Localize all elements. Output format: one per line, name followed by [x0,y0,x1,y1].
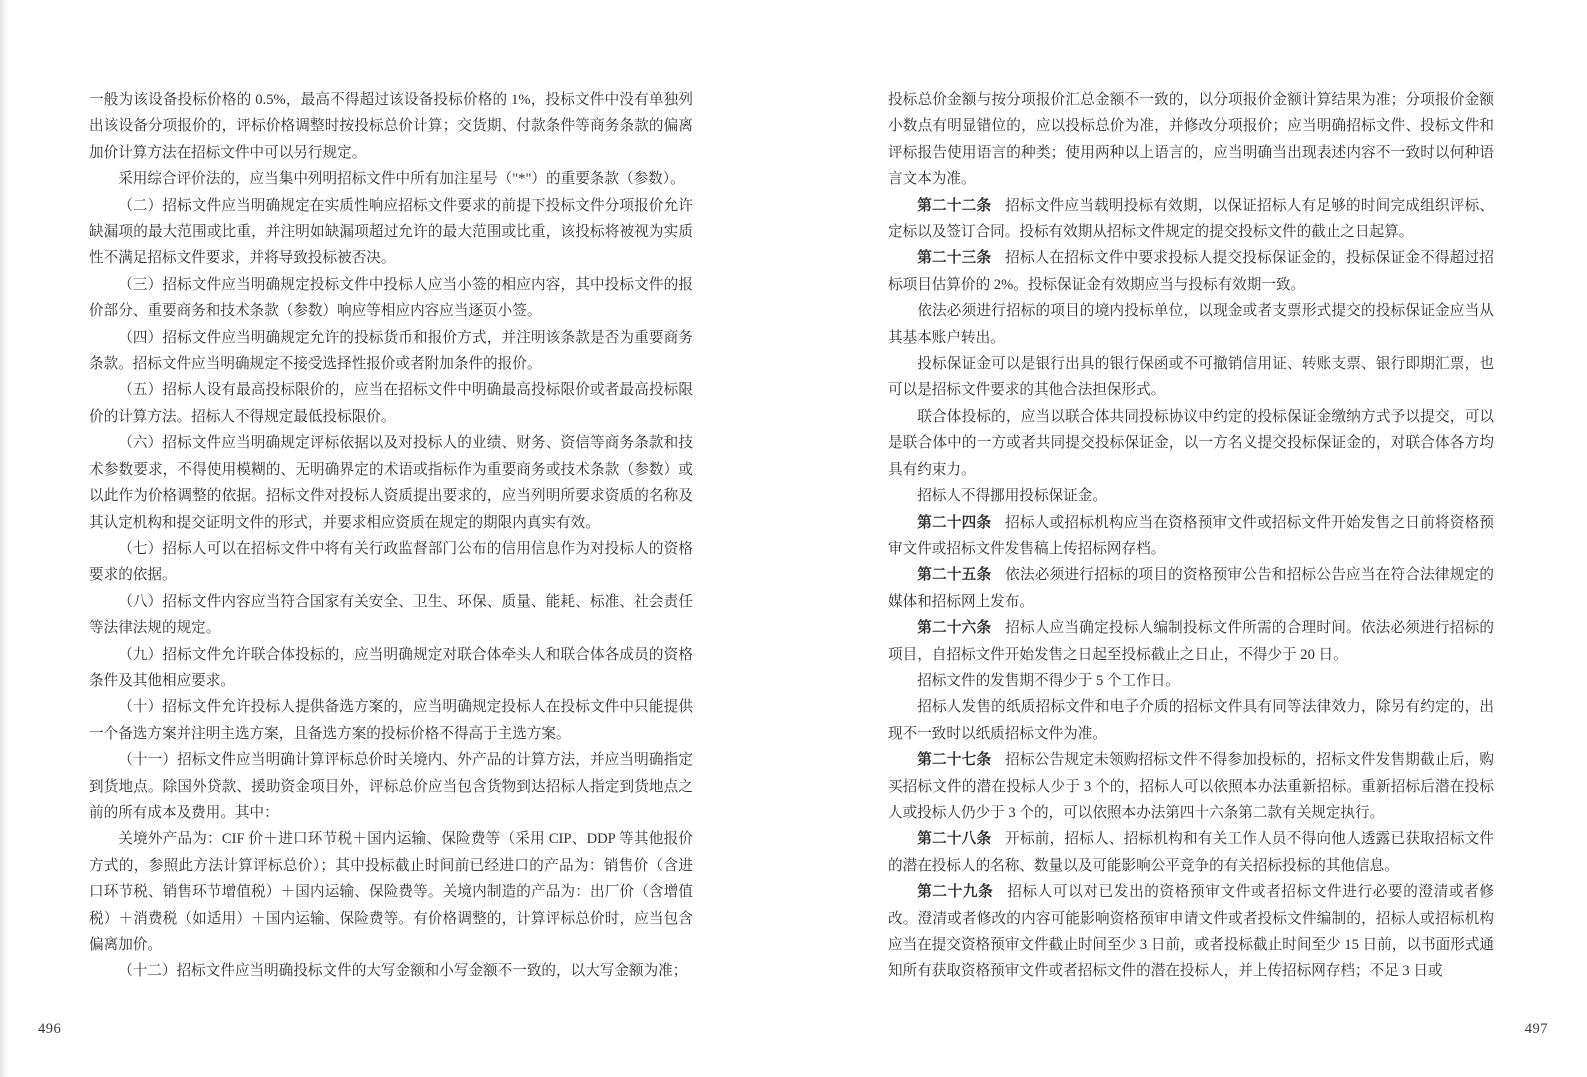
article-number: 第二十八条 [917,831,991,847]
page-right-text: 投标总价金额与按分项报价汇总金额不一致的，以分项报价金额计算结果为准；分项报价金… [888,87,1494,985]
paragraph: 第二十三条招标人在招标文件中要求投标人提交投标保证金的，投标保证金不得超过招标项… [888,245,1494,298]
paragraph: （七）招标人可以在招标文件中将有关行政监督部门公布的信用信息作为对投标人的资格要… [89,536,693,589]
paragraph: （九）招标文件允许联合体投标的，应当明确规定对联合体牵头人和联合体各成员的资格条… [89,642,693,695]
paragraph: 招标人发售的纸质招标文件和电子介质的招标文件具有同等法律效力，除另有约定的，出现… [888,694,1494,747]
article-number: 第二十三条 [917,250,991,266]
paragraph: （五）招标人设有最高投标限价的，应当在招标文件中明确最高投标限价或者最高投标限价… [89,377,693,430]
paragraph: 第二十四条招标人或招标机构应当在资格预审文件或招标文件开始发售之日前将资格预审文… [888,510,1494,563]
book-spread: 一般为该设备投标价格的 0.5%，最高不得超过该设备投标价格的 1%，投标文件中… [0,0,1587,1077]
page-edge-shadow [0,0,9,1077]
page-number-left: 496 [38,1020,61,1038]
paragraph: 第二十二条招标文件应当载明投标有效期，以保证招标人有足够的时间完成组织评标、定标… [888,193,1494,246]
paragraph: （十二）招标文件应当明确投标文件的大写金额和小写金额不一致的，以大写金额为准； [89,958,693,984]
paragraph: 招标文件的发售期不得少于 5 个工作日。 [888,668,1494,694]
paragraph: 第二十五条依法必须进行招标的项目的资格预审公告和招标公告应当在符合法律规定的媒体… [888,562,1494,615]
page-left-text: 一般为该设备投标价格的 0.5%，最高不得超过该设备投标价格的 1%，投标文件中… [89,87,693,985]
paragraph: 依法必须进行招标的项目的境内投标单位，以现金或者支票形式提交的投标保证金应当从其… [888,298,1494,351]
paragraph: 一般为该设备投标价格的 0.5%，最高不得超过该设备投标价格的 1%，投标文件中… [89,87,693,166]
paragraph: （十一）招标文件应当明确计算评标总价时关境内、外产品的计算方法，并应当明确指定到… [89,747,693,826]
paragraph: （六）招标文件应当明确规定评标依据以及对投标人的业绩、财务、资信等商务条款和技术… [89,430,693,536]
paragraph: （四）招标文件应当明确规定允许的投标货币和报价方式，并注明该条款是否为重要商务条… [89,325,693,378]
paragraph: 关境外产品为：CIF 价＋进口环节税＋国内运输、保险费等（采用 CIP、DDP … [89,826,693,958]
paragraph: （二）招标文件应当明确规定在实质性响应招标文件要求的前提下投标文件分项报价允许缺… [89,193,693,272]
article-number: 第二十四条 [917,515,991,531]
page-number-right: 497 [1525,1020,1548,1038]
article-number: 第二十九条 [917,884,993,900]
paragraph: （八）招标文件内容应当符合国家有关安全、卫生、环保、质量、能耗、标准、社会责任等… [89,589,693,642]
paragraph: 第二十八条开标前，招标人、招标机构和有关工作人员不得向他人透露已获取招标文件的潜… [888,826,1494,879]
paragraph: 投标保证金可以是银行出具的银行保函或不可撤销信用证、转账支票、银行即期汇票，也可… [888,351,1494,404]
paragraph: （三）招标文件应当明确规定投标文件中投标人应当小签的相应内容，其中投标文件的报价… [89,272,693,325]
article-number: 第二十六条 [917,620,991,636]
paragraph: 投标总价金额与按分项报价汇总金额不一致的，以分项报价金额计算结果为准；分项报价金… [888,87,1494,193]
paragraph: 第二十九条招标人可以对已发出的资格预审文件或者招标文件进行必要的澄清或者修改。澄… [888,879,1494,985]
paragraph: 采用综合评价法的，应当集中列明招标文件中所有加注星号（"*"）的重要条款（参数）… [89,166,693,192]
paragraph: 第二十六条招标人应当确定投标人编制投标文件所需的合理时间。依法必须进行招标的项目… [888,615,1494,668]
paragraph: 联合体投标的，应当以联合体共同投标协议中约定的投标保证金缴纳方式予以提交，可以是… [888,404,1494,483]
paragraph: 第二十七条招标公告规定未领购招标文件不得参加投标的，招标文件发售期截止后，购买招… [888,747,1494,826]
article-number: 第二十七条 [917,752,991,768]
article-number: 第二十五条 [917,567,991,583]
article-number: 第二十二条 [917,198,991,214]
paragraph: 招标人不得挪用投标保证金。 [888,483,1494,509]
paragraph: （十）招标文件允许投标人提供备选方案的，应当明确规定投标人在投标文件中只能提供一… [89,694,693,747]
